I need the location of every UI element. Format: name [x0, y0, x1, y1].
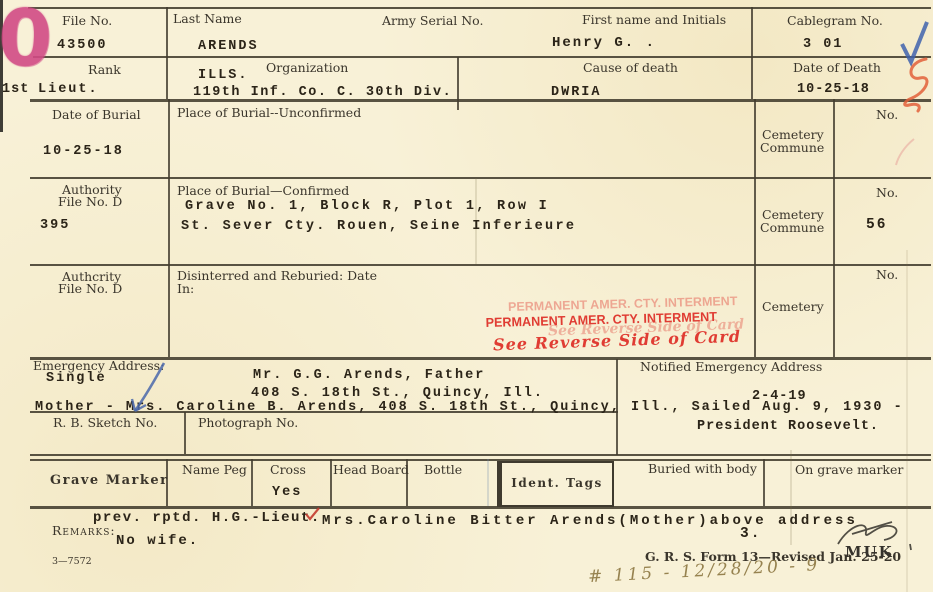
- date-of-death-value: 10-25-18: [797, 83, 870, 98]
- grave-marker-label: Grave Marker: [50, 474, 169, 488]
- orange-pen-mark-icon: [890, 55, 933, 113]
- disinterred-reburied-label: Disinterred and Reburied: Date: [177, 269, 377, 283]
- remarks-no-wife: No wife.: [116, 534, 199, 549]
- burial-card: 0 File No. 43500 Last Name ARENDS Army S…: [0, 0, 933, 592]
- rule-line: [457, 57, 459, 110]
- organization-state-value: ILLS.: [198, 69, 249, 84]
- remarks-prev-reported: prev. rptd. H.G.-Lieut.: [93, 511, 321, 526]
- last-name-value: ARENDS: [198, 40, 259, 55]
- see-reverse-stamp: See Reverse Side of Card: [493, 327, 742, 355]
- cross-label: Cross: [270, 463, 306, 477]
- paper-crease: [790, 450, 792, 545]
- file-no-label: File No.: [62, 14, 112, 28]
- rank-label: Rank: [88, 63, 121, 77]
- authority-value: 395: [40, 219, 70, 234]
- file-no-value: 43500: [57, 39, 108, 54]
- organization-label: Organization: [266, 61, 348, 75]
- rule-line: [833, 99, 835, 357]
- commune-label: Commune: [760, 141, 824, 155]
- ident-tags-label: Ident. Tags: [511, 477, 602, 490]
- no-label: No.: [876, 268, 898, 282]
- print-code: 3—7572: [52, 557, 92, 567]
- ship-name-value: President Roosevelt.: [697, 420, 879, 435]
- head-board-label: Head Board: [333, 463, 409, 477]
- blue-pen-arrow-icon: [118, 360, 170, 422]
- paper-crease: [487, 459, 489, 506]
- typed-page-number: 3.: [740, 527, 761, 543]
- organization-value: 119th Inf. Co. C. 30th Div.: [193, 86, 452, 101]
- first-name-value: Henry G. .: [552, 36, 656, 51]
- rule-line: [168, 99, 170, 357]
- cablegram-no-value: 3 01: [803, 38, 843, 53]
- rule-line: [184, 412, 186, 454]
- rule-line: [751, 7, 753, 99]
- on-grave-marker-label: On grave marker: [795, 463, 903, 477]
- red-checkmark-icon: [304, 506, 321, 521]
- rule-line: [28, 7, 931, 9]
- cross-value: Yes: [272, 486, 302, 501]
- notified-date-value: 2-4-19: [752, 390, 807, 405]
- ident-tags-cell: Ident. Tags: [497, 461, 614, 507]
- cemetery-label: Cemetery: [762, 300, 824, 314]
- cablegram-no-label: Cablegram No.: [787, 14, 883, 28]
- rule-line: [30, 177, 931, 179]
- notified-emergency-address-label: Notified Emergency Address: [640, 360, 822, 374]
- rule-line: [30, 454, 931, 456]
- pink-numeral-stamp: 0: [0, 0, 53, 85]
- no-label: No.: [876, 186, 898, 200]
- rule-line: [330, 459, 332, 506]
- emergency-address-line1: Mr. G.G. Arends, Father: [253, 369, 485, 384]
- commune-label: Commune: [760, 221, 824, 235]
- rule-line: [251, 459, 253, 506]
- remarks-mother-note: Mrs.Caroline Bitter Arends(Mother)above …: [322, 514, 858, 529]
- cause-of-death-value: DWRIA: [551, 86, 602, 101]
- rule-line: [30, 264, 931, 266]
- rule-line: [166, 7, 168, 99]
- place-of-burial-unconfirmed-label: Place of Burial--Unconfirmed: [177, 106, 361, 120]
- place-confirmed-line2: St. Sever Cty. Rouen, Seine Inferieure: [181, 220, 576, 235]
- grave-no-value: 56: [866, 218, 887, 234]
- rank-prefix: 1st: [2, 83, 29, 98]
- army-serial-no-label: Army Serial No.: [382, 14, 483, 28]
- bottle-label: Bottle: [424, 463, 462, 477]
- ink-scribble-icon: [832, 516, 918, 552]
- cause-of-death-label: Cause of death: [583, 61, 678, 75]
- buried-with-body-label: Buried with body: [648, 462, 757, 476]
- date-of-death-label: Date of Death: [793, 61, 881, 75]
- date-of-burial-label: Date of Burial: [52, 108, 141, 122]
- marital-status-value: Single: [46, 372, 107, 387]
- place-confirmed-line1: Grave No. 1, Block R, Plot 1, Row I: [185, 200, 549, 215]
- faint-pink-mark-icon: [890, 135, 918, 169]
- in-label: In:: [177, 282, 194, 296]
- rule-line: [763, 459, 765, 506]
- last-name-label: Last Name: [173, 12, 242, 26]
- authority-file-label: File No. D: [58, 195, 122, 209]
- date-of-burial-value: 10-25-18: [43, 145, 124, 160]
- rank-value: Lieut.: [38, 83, 99, 98]
- rule-line: [754, 99, 756, 357]
- rule-line: [30, 506, 931, 509]
- rule-line: [30, 99, 931, 102]
- place-of-burial-confirmed-label: Place of Burial—Confirmed: [177, 184, 349, 198]
- name-peg-label: Name Peg: [182, 463, 247, 477]
- authority-file-label: File No. D: [58, 282, 122, 296]
- first-name-label: First name and Initials: [582, 13, 726, 27]
- photograph-no-label: Photograph No.: [198, 416, 298, 430]
